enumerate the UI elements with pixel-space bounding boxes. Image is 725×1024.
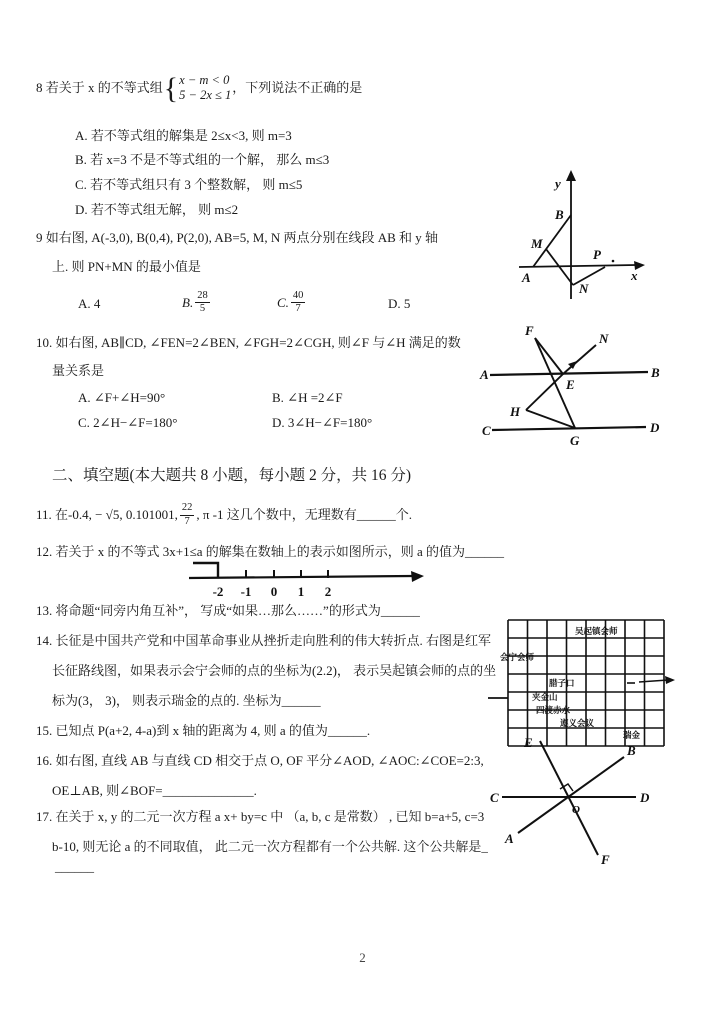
- q16-line2: OE⊥AB, 则∠BOF=______________.: [52, 782, 257, 800]
- q9-label-P: P: [593, 247, 602, 262]
- section2-header: 二、填空题(本大题共 8 小题，每小题 2 分，共 16 分): [52, 466, 411, 487]
- q8-brace: {: [164, 75, 178, 102]
- q8-stem-post: ，下列说法不正确的是: [232, 79, 362, 97]
- q9-b-denominator: 5: [195, 303, 210, 315]
- map-label-zunyi: 遵义会议: [560, 718, 595, 728]
- q12-figure-number-line: -2 -1 0 1 2: [183, 554, 428, 602]
- q11-line: 11. 在-0.4, − √5, 0.101001, 22 7 , π -1 这…: [36, 503, 412, 527]
- q11-numerator: 22: [180, 502, 195, 515]
- q8-option-b: B. 若 x=3 不是不等式组的一个解， 那么 m≤3: [75, 151, 329, 169]
- q11-pre: 11. 在-0.4, − √5, 0.101001,: [36, 506, 178, 524]
- q16-lines: [502, 741, 636, 855]
- q14-line3: 标为(3， 3)， 则表示瑞金的点的. 坐标为______: [52, 692, 321, 710]
- q10-option-d: D. 3∠H−∠F=180°: [272, 414, 372, 432]
- q17-line1: 17. 在关于 x, y 的二元一次方程 a x+ by=c 中 （a, b, …: [36, 808, 484, 826]
- q10-line1: 10. 如右图, AB∥CD, ∠FEN=2∠BEN, ∠FGH=2∠CGH, …: [36, 334, 461, 352]
- q16-label-E: E: [523, 735, 533, 750]
- q10-label-C: C: [482, 423, 491, 438]
- q9-stray-dot: [612, 260, 615, 263]
- q9-label-B: B: [554, 207, 564, 222]
- q10-label-N: N: [598, 331, 609, 346]
- q16-figure-intersecting-lines: C D A B E F O: [488, 733, 725, 871]
- q9-figure-coordinate-plane: y x B A M N P: [505, 166, 665, 306]
- q10-label-H: H: [509, 404, 521, 419]
- q9-c-denominator: 7: [291, 303, 306, 315]
- q8-inequality-system: { x − m < 0 5 − 2x ≤ 1: [164, 73, 232, 103]
- q10-label-B: B: [650, 365, 660, 380]
- q8-option-a: A. 若不等式组的解集是 2≤x<3, 则 m=3: [75, 127, 292, 145]
- q10-option-a: A. ∠F+∠H=90°: [78, 389, 165, 407]
- q10-option-c: C. 2∠H−∠F=180°: [78, 414, 177, 432]
- tick-label-neg1: -1: [241, 584, 252, 599]
- q9-line2: 上. 则 PN+MN 的最小值是: [52, 258, 201, 276]
- q15-line: 15. 已知点 P(a+2, 4-a)到 x 轴的距离为 4, 则 a 的值为_…: [36, 722, 370, 740]
- q10-label-F: F: [524, 323, 534, 338]
- q9-c-numerator: 40: [291, 290, 306, 303]
- q10-option-b: B. ∠H =2∠F: [272, 389, 343, 407]
- q10-segments: [526, 338, 596, 428]
- q9-option-c: C. 40 7: [277, 290, 307, 315]
- q9-label-A: A: [521, 270, 531, 285]
- q8-stem: 8 若关于 x 的不等式组 { x − m < 0 5 − 2x ≤ 1 ，下列…: [36, 70, 362, 106]
- q9-line1: 9 如右图, A(-3,0), B(0,4), P(2,0), AB=5, M,…: [36, 229, 438, 247]
- q16-line1: 16. 如右图, 直线 AB 与直线 CD 相交于点 O, OF 平分∠AOD,…: [36, 752, 484, 770]
- map-label-huining: 会宁会师: [500, 652, 535, 662]
- q9-b-numerator: 28: [195, 290, 210, 303]
- tick-label-neg2: -2: [213, 584, 224, 599]
- q8-stem-pre: 8 若关于 x 的不等式组: [36, 79, 163, 97]
- tick-label-0: 0: [271, 584, 278, 599]
- map-label-wuqizhen: 吴起镇会师: [575, 626, 618, 636]
- q9-option-d: D. 5: [388, 296, 410, 312]
- q10-line2: 量关系是: [52, 362, 104, 380]
- q10-figure-parallel-lines: A B C D E F N H G: [478, 318, 673, 453]
- q8-sys-bottom: 5 − 2x ≤ 1: [179, 88, 231, 103]
- q9-option-b-fraction: 28 5: [195, 290, 210, 315]
- y-axis-arrowhead-icon: [566, 170, 576, 181]
- q9-option-c-label: C.: [277, 295, 289, 311]
- q8-option-c: C. 若不等式组只有 3 个整数解， 则 m≤5: [75, 176, 302, 194]
- q10-label-D: D: [649, 420, 660, 435]
- q14-line2: 长征路线图，如果表示会宁会师的点的坐标为(2.2)， 表示吴起镇会师的点的坐: [52, 662, 496, 680]
- q10-label-E: E: [565, 377, 575, 392]
- q16-label-B: B: [626, 743, 636, 758]
- q16-label-C: C: [490, 790, 499, 805]
- q9-label-N: N: [578, 281, 589, 296]
- q9-option-c-fraction: 40 7: [291, 290, 306, 315]
- q10-label-G: G: [570, 433, 580, 448]
- q11-fraction: 22 7: [180, 502, 195, 527]
- q9-option-a: A. 4: [78, 296, 100, 312]
- q16-label-F: F: [600, 852, 610, 867]
- q11-denominator: 7: [180, 516, 195, 528]
- q8-option-d: D. 若不等式组无解， 则 m≤2: [75, 201, 238, 219]
- q16-label-A: A: [504, 831, 514, 846]
- q13-line: 13. 将命题“同旁内角互补”， 写成“如果…那么……”的形式为______: [36, 602, 420, 620]
- q14-line1: 14. 长征是中国共产党和中国革命事业从挫折走向胜利的伟大转折点. 右图是红军: [36, 632, 491, 650]
- number-line-arrowhead-icon: [411, 571, 424, 582]
- q9-label-y-axis: y: [553, 176, 561, 191]
- q16-label-D: D: [639, 790, 650, 805]
- q9-label-x-axis: x: [630, 268, 638, 283]
- exam-page: 8 若关于 x 的不等式组 { x − m < 0 5 − 2x ≤ 1 ，下列…: [0, 0, 725, 1024]
- map-arrowhead-icon: [665, 676, 675, 684]
- map-label-lazikou: 腊子口: [549, 678, 575, 688]
- q9-option-b: B. 28 5: [182, 290, 212, 315]
- tick-label-2: 2: [325, 584, 332, 599]
- q9-label-M: M: [530, 236, 543, 251]
- q11-post: , π -1 这几个数中，无理数有______个.: [196, 506, 412, 524]
- solution-bracket: [193, 563, 218, 578]
- q9-option-b-label: B.: [182, 295, 193, 311]
- page-number: 2: [0, 950, 725, 966]
- map-label-jiajinshan: 夹金山: [532, 692, 558, 702]
- tick-label-1: 1: [298, 584, 305, 599]
- q10-label-A: A: [479, 367, 489, 382]
- q8-sys-top: x − m < 0: [179, 73, 231, 88]
- map-label-siduchishui: 四渡赤水: [536, 705, 571, 715]
- q17-line2: b-10, 则无论 a 的不同取值， 此二元一次方程都有一个公共解. 这个公共解…: [52, 838, 488, 856]
- q17-answer-blank: ______: [55, 858, 94, 876]
- q16-label-O: O: [572, 804, 580, 816]
